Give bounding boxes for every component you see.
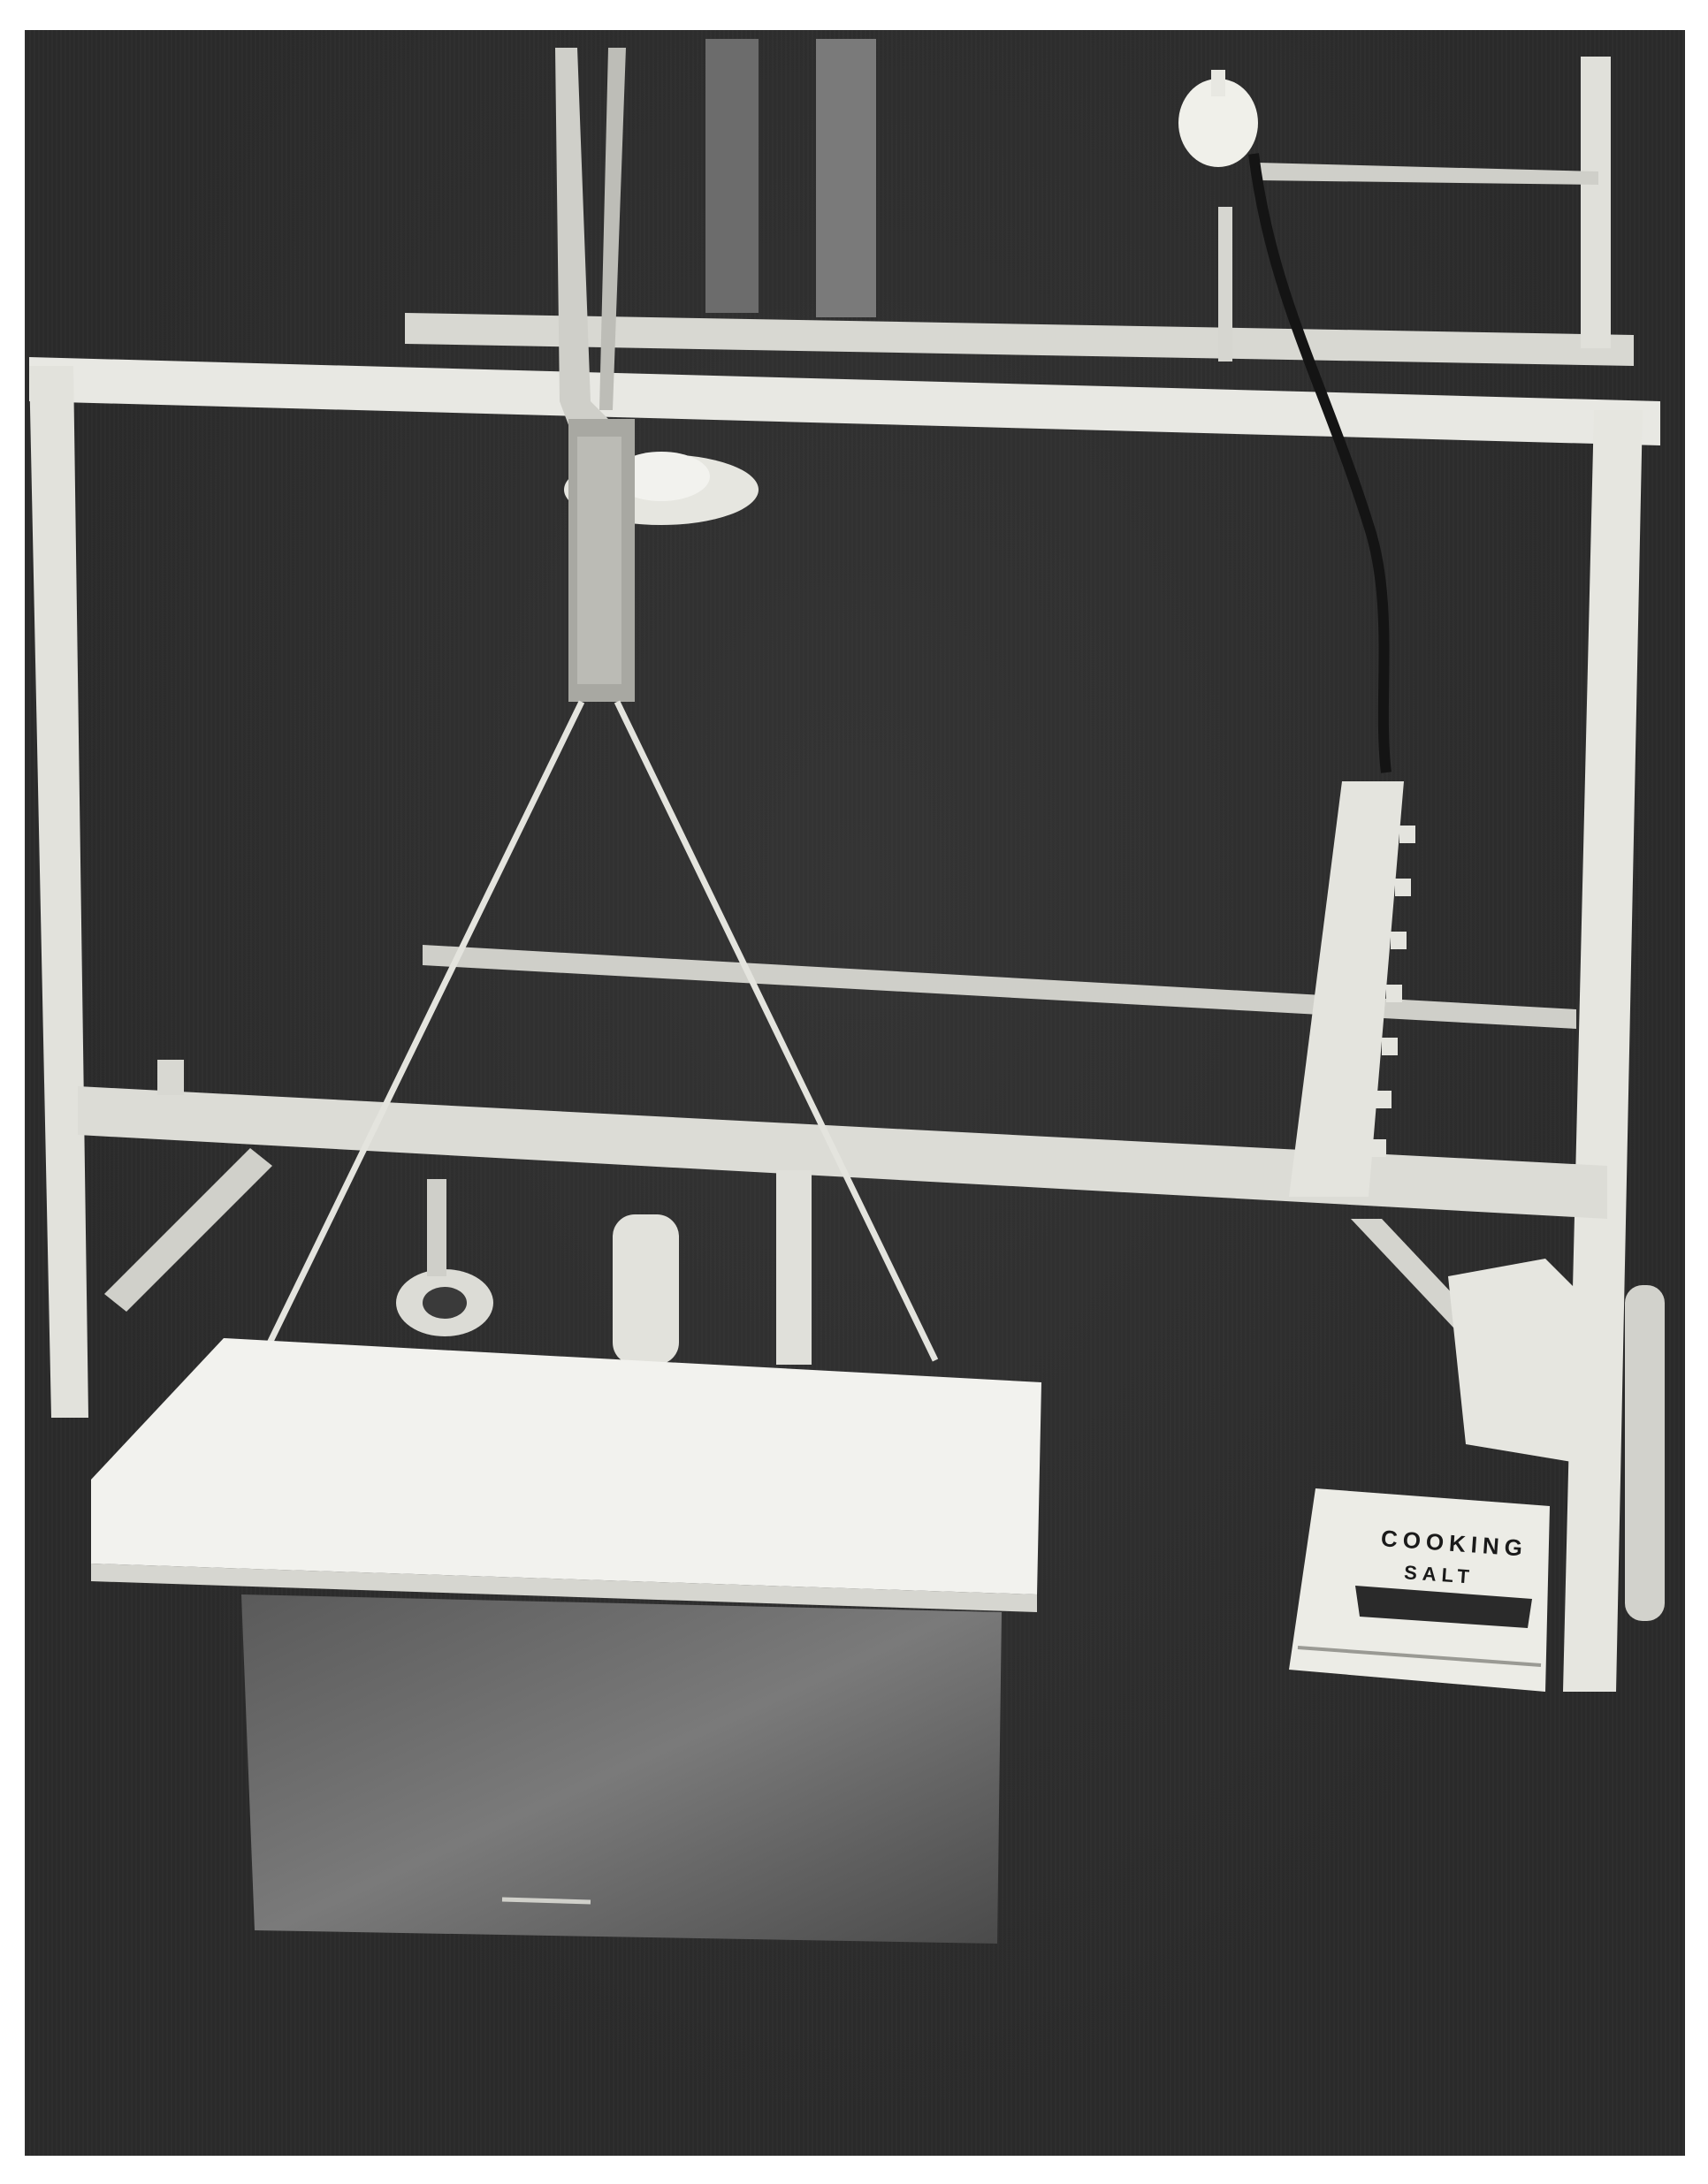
clamp-device	[396, 1179, 493, 1336]
suspension-wires	[263, 702, 935, 1360]
cloth	[1448, 1259, 1598, 1462]
salt-bag	[1289, 1488, 1550, 1692]
photograph: COOKING SALT	[25, 30, 1685, 2156]
insulator-bulb	[1178, 70, 1258, 167]
concrete-block	[241, 1594, 1002, 1944]
cable	[1254, 154, 1386, 772]
side-object	[1625, 1285, 1665, 1621]
background-bars	[705, 39, 876, 317]
cylinder	[613, 1214, 679, 1365]
notched-weight-bar	[1289, 781, 1415, 1197]
scene	[25, 30, 1685, 2156]
top-shelf	[405, 57, 1634, 366]
white-tray	[91, 1338, 1041, 1612]
